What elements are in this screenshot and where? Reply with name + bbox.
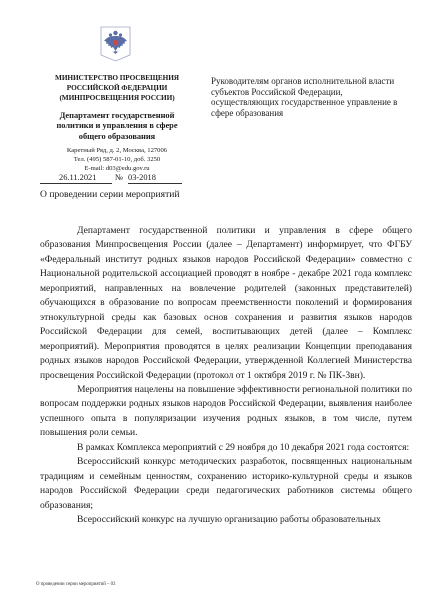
letter-subject: О проведении серии мероприятий bbox=[40, 189, 180, 201]
department-line: Департамент государственной bbox=[30, 111, 204, 121]
body-paragraph: Всероссийский конкурс методических разра… bbox=[40, 455, 412, 513]
body-paragraph: Всероссийский конкурс на лучшую организа… bbox=[40, 513, 412, 527]
ministry-line: МИНИСТЕРСТВО ПРОСВЕЩЕНИЯ bbox=[30, 73, 204, 83]
letter-page: МИНИСТЕРСТВО ПРОСВЕЩЕНИЯ РОССИЙСКОЙ ФЕДЕ… bbox=[0, 0, 424, 600]
phone-line: Тел. (495) 587-01-10, доб. 3250 bbox=[30, 155, 204, 164]
department-line: общего образования bbox=[30, 132, 204, 142]
department-address: Каретный Ряд, д. 2, Москва, 127006 Тел. … bbox=[30, 146, 204, 174]
registration-line: 26.11.2021 № 03-2018 bbox=[40, 173, 182, 183]
russian-coat-of-arms-icon bbox=[97, 25, 134, 63]
department-line: политики и управления в сфере bbox=[30, 121, 204, 131]
body-paragraph: Департамент государственной политики и у… bbox=[40, 224, 412, 383]
address-line: Каретный Ряд, д. 2, Москва, 127006 bbox=[30, 146, 204, 155]
letter-date: 26.11.2021 bbox=[59, 173, 96, 183]
number-label: № bbox=[115, 173, 123, 183]
addressee-block: Руководителям органов исполнительной вла… bbox=[211, 76, 411, 118]
body-paragraph: Мероприятия нацелены на повышение эффект… bbox=[40, 383, 412, 441]
department-name: Департамент государственной политики и у… bbox=[30, 111, 204, 142]
page-footer: О проведении серии мероприятий – 03 bbox=[36, 582, 115, 588]
number-underline bbox=[128, 183, 182, 184]
ministry-name: МИНИСТЕРСТВО ПРОСВЕЩЕНИЯ РОССИЙСКОЙ ФЕДЕ… bbox=[30, 73, 204, 103]
letter-body: Департамент государственной политики и у… bbox=[40, 224, 412, 528]
date-underline bbox=[40, 183, 112, 184]
ministry-line: (МИНПРОСВЕЩЕНИЯ РОССИИ) bbox=[30, 93, 204, 103]
ministry-line: РОССИЙСКОЙ ФЕДЕРАЦИИ bbox=[30, 83, 204, 93]
letter-number: 03-2018 bbox=[128, 173, 156, 183]
body-paragraph: В рамках Комплекса мероприятий с 29 нояб… bbox=[40, 441, 412, 455]
